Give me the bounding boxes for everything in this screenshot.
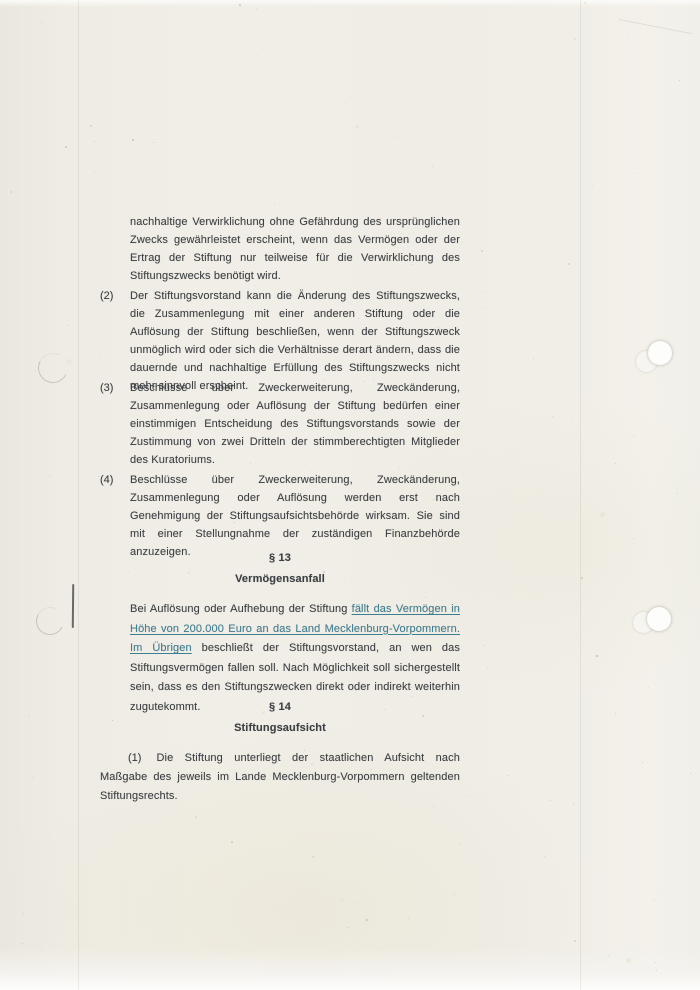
section-13-title: Vermögensanfall <box>100 569 460 590</box>
punch-hole-bottom <box>647 607 671 631</box>
punch-hole-top <box>648 341 672 365</box>
paragraph-4-text: Beschlüsse über Zweckerweiterung, Zweckä… <box>130 474 460 558</box>
section-14-title: Stiftungsaufsicht <box>100 718 460 739</box>
paragraph-2-text: Der Stiftungsvorstand kann die Änderung … <box>130 290 460 392</box>
section-13-heading: § 13 Vermögensanfall <box>100 548 460 590</box>
binder-hole-impression-top <box>34 349 72 387</box>
binder-hole-impression-bottom <box>32 603 67 638</box>
scanned-page: nachhaltige Verwirklichung ohne Gefährdu… <box>0 0 700 990</box>
section-13-body-start: Bei Auflösung oder Aufhebung der Stiftun… <box>130 603 352 615</box>
section-14-item-1: (1)Die Stiftung unterliegt der staatlich… <box>100 749 460 806</box>
section-14-item-1-number: (1) <box>128 752 156 764</box>
fold-line-left <box>78 0 79 990</box>
section-13-number: § 13 <box>100 548 460 569</box>
section-14-heading: § 14 Stiftungsaufsicht <box>100 697 460 739</box>
paragraph-3-text: Beschlüsse über Zweckerweiterung, Zweckä… <box>130 382 460 466</box>
paragraph-continuation: nachhaltige Verwirklichung ohne Gefährdu… <box>130 213 460 285</box>
paper-crease <box>619 19 692 34</box>
margin-pen-mark <box>72 584 74 628</box>
section-14-number: § 14 <box>100 697 460 718</box>
paragraph-2-number: (2) <box>100 287 113 305</box>
paragraph-3: (3)Beschlüsse über Zweckerweiterung, Zwe… <box>130 379 460 469</box>
paragraph-4-number: (4) <box>100 471 113 489</box>
fold-line-right <box>580 0 581 990</box>
paragraph-3-number: (3) <box>100 379 113 397</box>
